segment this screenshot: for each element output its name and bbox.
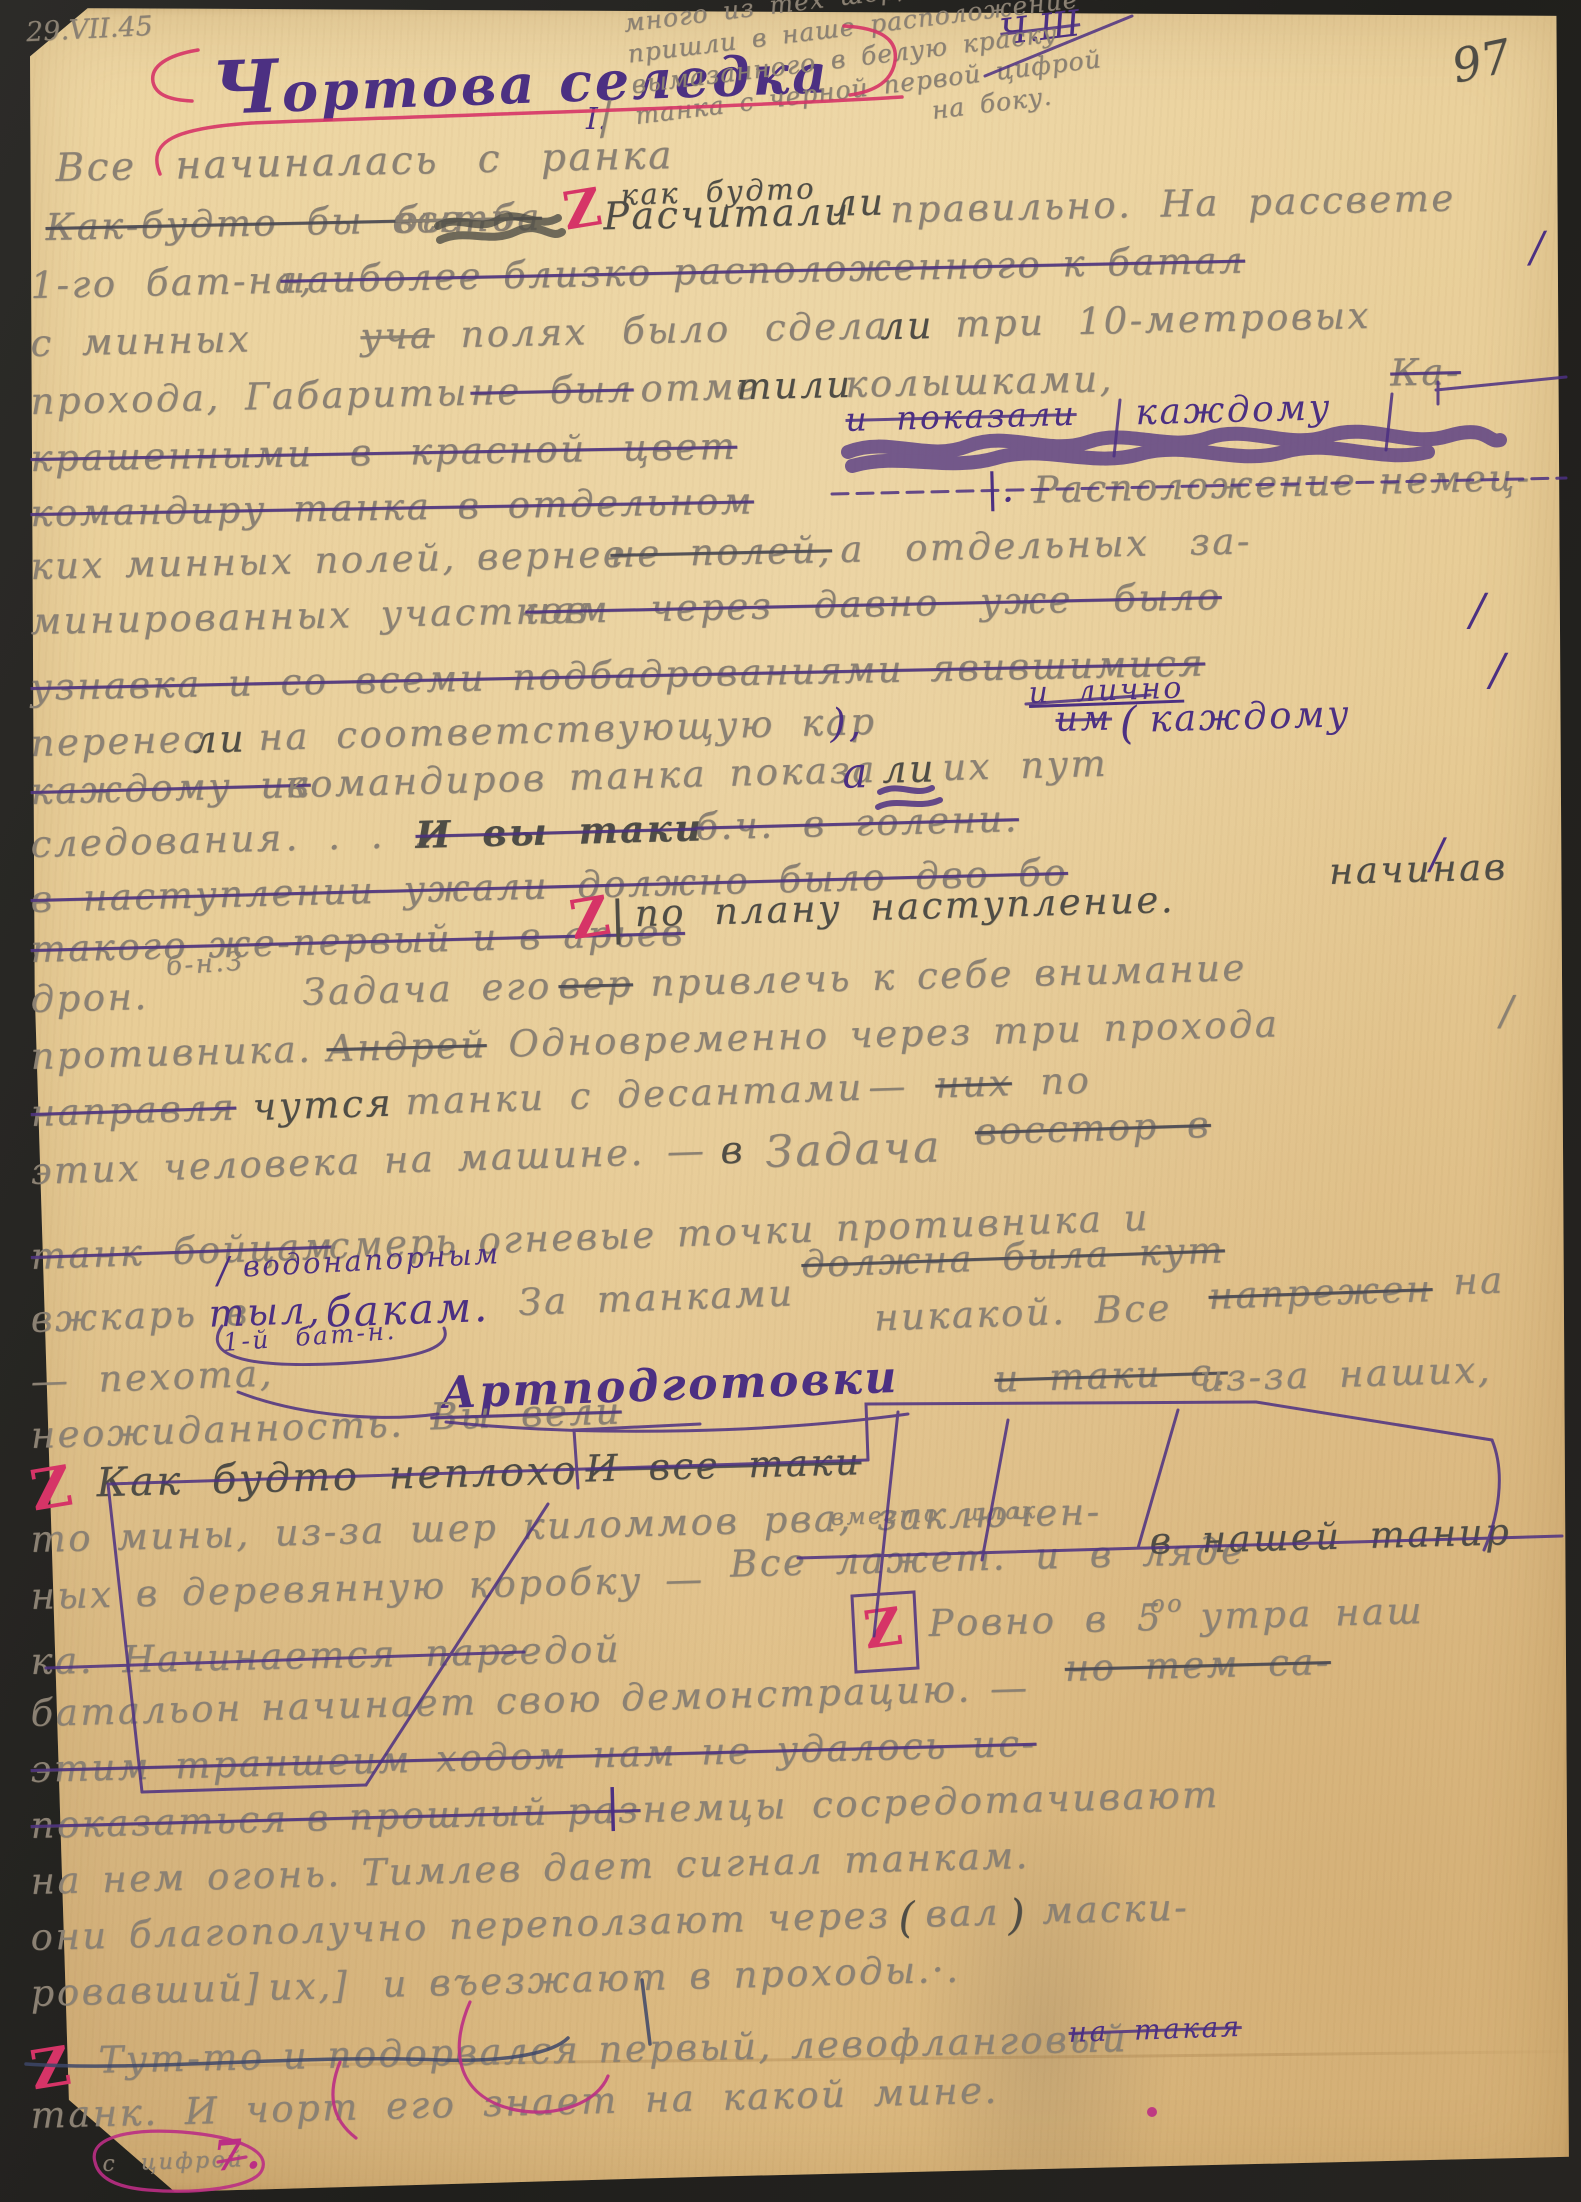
- text-segment: начинав: [1328, 845, 1508, 893]
- text-segment: следования: [30, 816, 284, 866]
- text-segment: Ка-: [1390, 350, 1462, 394]
- text-segment: б.ч. в голени.: [695, 797, 1020, 848]
- text-segment: —: [868, 1064, 909, 1108]
- text-segment: не полей,: [610, 528, 833, 576]
- text-segment: |.: [985, 465, 1017, 512]
- text-segment: них: [935, 1061, 1013, 1106]
- text-segment: /: [1470, 585, 1487, 636]
- manuscript-line: батальон начинает свою демонстрацию. —но…: [30, 1692, 31, 1744]
- text-segment: И все таки: [585, 1440, 862, 1490]
- text-segment: каждому: [1135, 387, 1333, 433]
- text-segment: три 10-метровых: [955, 294, 1371, 346]
- text-segment: но тем са-: [1064, 1640, 1331, 1690]
- manuscript-line: прохода, Габаритыне былотметиликолышками…: [30, 380, 31, 432]
- manuscript-line: направлячутсятанки с десантами—нихпо: [30, 1092, 32, 1144]
- date-note: 29.VII.45: [25, 11, 153, 49]
- text-segment: восстор в: [974, 1103, 1211, 1153]
- text-segment: перенес: [30, 717, 207, 765]
- paragraph-z-mark: Z: [860, 1595, 909, 1661]
- manuscript-line: ных в деревянную коробку —Все лажет. и в…: [30, 1575, 31, 1627]
- text-segment: утра наш: [1200, 1589, 1425, 1638]
- text-segment: ли: [880, 303, 935, 348]
- manuscript-line: — пехота,никакой. Всенапреженна: [30, 1360, 32, 1412]
- text-segment: Андрей: [326, 1023, 487, 1070]
- text-segment: каждому ив: [30, 763, 311, 813]
- text-segment: . . . .: [285, 813, 428, 860]
- text-segment: на такая: [1068, 2010, 1242, 2049]
- text-segment: дрон.: [30, 975, 149, 1021]
- text-segment: /: [1490, 645, 1507, 696]
- text-segment: 7.: [212, 2129, 264, 2181]
- manuscript-line: этим траншеим ходом нам не удалось ис-: [30, 1748, 31, 1800]
- text-segment: Расчитали: [603, 189, 851, 238]
- text-segment: ровавший]: [30, 1966, 262, 2015]
- manuscript-line: они благополучно переползают через(вал)м…: [30, 1916, 31, 1968]
- text-segment: оо: [1150, 1589, 1185, 1618]
- manuscript-line: в наступлении ужали должно было дво бо/: [30, 878, 31, 930]
- text-segment: не был: [470, 367, 634, 413]
- text-segment: напрежен: [1208, 1267, 1434, 1318]
- text-segment: и таки с.: [994, 1350, 1229, 1400]
- manuscript-line: командиру танка в отдельном: [30, 492, 31, 544]
- text-segment: быть: [395, 196, 514, 241]
- text-segment: в: [720, 1128, 746, 1173]
- text-segment: вал: [925, 1891, 1001, 1936]
- text-segment: ),: [830, 700, 865, 747]
- text-segment: Ровно в 5: [928, 1596, 1163, 1645]
- manuscript-line: такого же-первый и в арьевZ|по плану нас…: [30, 928, 31, 980]
- text-segment: по: [1040, 1059, 1092, 1104]
- text-segment: полях было сдела: [460, 304, 890, 356]
- text-segment: их,]: [268, 1964, 350, 2009]
- scan-background: 29.VII.45 Ч.Ш Чортова селедка I. 97 мног…: [0, 0, 1581, 2202]
- manuscript-line: каждому ивкомандиров танка показаалиих п…: [30, 770, 31, 822]
- text-segment: ): [1008, 1890, 1028, 1939]
- manuscript-line: ких минных полей, вернеене полей,а отдел…: [30, 545, 31, 597]
- text-segment: ли: [192, 716, 247, 761]
- text-segment: и показали: [845, 394, 1077, 439]
- text-segment: б-н.З: [165, 947, 246, 982]
- manuscript-line: 1-го бат-на,наиболее близко расположенно…: [30, 264, 31, 316]
- text-segment: из-за наших,: [1199, 1348, 1493, 1400]
- text-segment: уча: [360, 314, 435, 359]
- text-segment: с минных: [30, 317, 252, 365]
- text-segment: (: [1119, 698, 1140, 749]
- text-segment: Задача: [765, 1121, 943, 1178]
- text-segment: а отдельных за-: [840, 519, 1252, 571]
- manuscript-line: минированных участковнам через давно уже…: [30, 600, 31, 652]
- manuscript-line: то мины, из-за шер киломмов рва, заключе…: [30, 1518, 31, 1570]
- text-segment: 1-го бат-на,: [30, 258, 314, 307]
- text-segment: /: [1529, 222, 1547, 271]
- manuscript-line: узнавка и со всеми подбадрованиями явивш…: [30, 666, 31, 718]
- text-segment: ли: [833, 180, 886, 224]
- text-segment: гедой: [498, 1628, 622, 1674]
- text-segment: |: [605, 1780, 624, 1831]
- manuscript-line: ка. Начинается пар-гедой: [30, 1640, 31, 1692]
- text-segment: противника.: [30, 1028, 313, 1078]
- text-segment: вер: [558, 962, 634, 1007]
- text-segment: Задача его: [302, 964, 552, 1014]
- text-segment: на: [1452, 1259, 1505, 1304]
- manuscript-line: ZТут-то и подорвался первый, левофлангов…: [30, 2040, 31, 2092]
- text-segment: Вы вели: [430, 1389, 623, 1438]
- manuscript-line: с минныхучаполях было сделалитри 10-метр…: [30, 322, 31, 374]
- text-segment: им: [1055, 699, 1113, 740]
- text-segment: маски-: [1042, 1886, 1190, 1933]
- manuscript-line: этих человека на машине. —вЗадачавосстор…: [30, 1150, 32, 1202]
- text-segment: а: [842, 748, 871, 798]
- manuscript-line: ровавший]их,]и въезжают в проходы.·.: [30, 1972, 31, 2024]
- manuscript-line: следования. . . .И вы такиб.ч. в голени.: [30, 823, 31, 875]
- text-segment: /: [1499, 988, 1516, 1034]
- manuscript-line: перенеслина соответствующую кар),: [30, 722, 31, 774]
- text-segment: каждому: [1149, 692, 1352, 740]
- manuscript-line: Все начиналась с ранка: [55, 146, 56, 198]
- text-segment: направля: [30, 1086, 237, 1135]
- manuscript-line: дрон.Задача еговерпривлечь к себе вниман…: [30, 978, 31, 1030]
- manuscript-line: танк бойцамсмерь огневые точки противник…: [30, 1235, 32, 1287]
- manuscript-line: на нем огонь. Тимлев дает сигнал танкам.: [30, 1860, 31, 1912]
- manuscript-line: ZКак будто неплохоИ все таки: [30, 1462, 31, 1514]
- manuscript-line: с цифрой: [102, 2152, 104, 2202]
- manuscript-line: крашенными в красной цвет: [30, 437, 31, 489]
- text-segment: /: [216, 1250, 233, 1292]
- manuscript-line: вжкарь втыл,бакам.За танкамидолжна была …: [30, 1298, 32, 1350]
- text-segment: чутся: [252, 1081, 394, 1129]
- manuscript-line: показаться в прошлый раз|немцы сосредота…: [30, 1804, 31, 1856]
- text-segment: их пут: [942, 742, 1109, 789]
- text-segment: И вы таки: [415, 805, 704, 857]
- text-segment: ли: [882, 746, 937, 791]
- text-segment: прохода, Габариты: [30, 371, 469, 423]
- text-segment: — пехота,: [30, 1352, 274, 1403]
- text-segment: (: [898, 1893, 918, 1942]
- manuscript-line: танк. И чорт его знает на какой мине.: [30, 2094, 31, 2146]
- text-segment: |: [609, 890, 628, 944]
- manuscript-line: противника.АндрейОдновременно через три …: [30, 1035, 31, 1087]
- text-segment: тили: [736, 363, 853, 408]
